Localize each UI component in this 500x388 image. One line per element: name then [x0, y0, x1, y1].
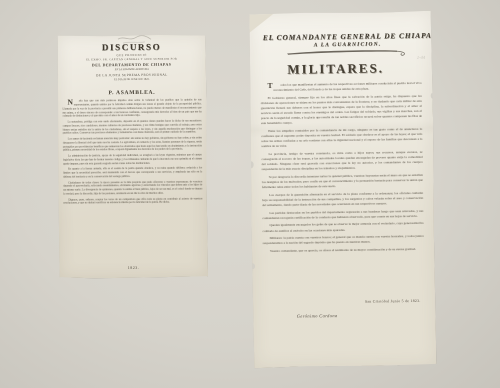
left-doc-subtitle: QUE PRONUNCIÓ	[57, 53, 206, 57]
folded-corner	[249, 13, 275, 33]
dateline: San Cristóbal Junio 5 de 1823.	[365, 299, 421, 304]
imprint-line: EL EXMO. SR. CAPITAN GENERAL Y GEFE SUPE…	[57, 58, 206, 62]
body-paragraph: Quedan igualmente encargados los gefes d…	[262, 221, 423, 233]
photo-background: DISCURSO QUE PRONUNCIÓ EL EXMO. SR. CAPI…	[0, 0, 500, 388]
body-paragraph: Vuestro comandante, que os aprecia, os o…	[263, 247, 424, 254]
body-paragraph: El Gobierno general, siempre fijo en los…	[261, 94, 422, 127]
body-paragraph: Entre los empeños contraídos por la coma…	[261, 127, 422, 150]
body-paragraph: Si por desgracia la discordia intentase …	[262, 173, 423, 191]
body-paragraph: La naturaleza, pródiga con este suelo af…	[63, 120, 202, 136]
drop-cap: N	[63, 100, 73, 107]
right-doc-body: Todos los que manifiestan el aumento de …	[250, 81, 435, 255]
drop-cap: T	[261, 83, 273, 90]
body-paragraph: Todos los que manifiestan el aumento de …	[261, 81, 422, 93]
body-paragraph: La administración de justicia, apoyo de …	[63, 154, 202, 166]
imprint-line: EL DIA 28 DE JUNIO DE 1823.	[57, 78, 206, 82]
swelled-rule-flourish	[271, 47, 411, 58]
section-heading: P. ASAMBLEA.	[57, 90, 206, 97]
signature: Gerónimo Cardona	[297, 313, 338, 319]
body-paragraph: Los cuerpos de la guarnición alternarán …	[262, 191, 423, 209]
pencil-inventory-number: 1-44	[417, 55, 425, 60]
body-paragraph: Militares: la patria cuenta con vuestros…	[263, 234, 424, 246]
body-paragraph: Nada hay que con más poderoso impulso ob…	[63, 99, 202, 119]
imprint-line: DEL DEPARTAMENTO DE CHIAPAS	[57, 62, 206, 67]
left-broadside: DISCURSO QUE PRONUNCIÓ EL EXMO. SR. CAPI…	[57, 34, 208, 278]
body-paragraph: Ciudadanos de todas clases: la época pre…	[63, 180, 202, 196]
body-paragraph: Las partidas destacadas en los pueblos d…	[262, 208, 423, 220]
body-paragraph: En quanto a la fuerza armada, ella es el…	[63, 167, 202, 179]
right-doc-title: MILITARES.	[287, 60, 432, 78]
right-broadside: EL COMANDANTE GENERAL DE CHIAPAS A LA GU…	[249, 11, 437, 369]
imprint-line: DE LA JUNTA SUPREMA PROVISIONAL	[57, 72, 206, 77]
pencil-scribble	[115, 34, 155, 45]
body-paragraph: Los ramos de hacienda reclaman atención …	[63, 137, 202, 153]
edge-notch	[250, 263, 255, 269]
year-imprint: 1823.	[59, 264, 208, 270]
body-paragraph: La provincia, testigo de vuestra constan…	[261, 150, 422, 173]
body-paragraph: Dignaos, pues, señores, aceptar los voto…	[63, 197, 202, 206]
imprint-line: EN LA SOLEMNE APERTURA	[57, 68, 206, 72]
left-doc-body: Nada hay que con más poderoso impulso ob…	[58, 99, 208, 206]
